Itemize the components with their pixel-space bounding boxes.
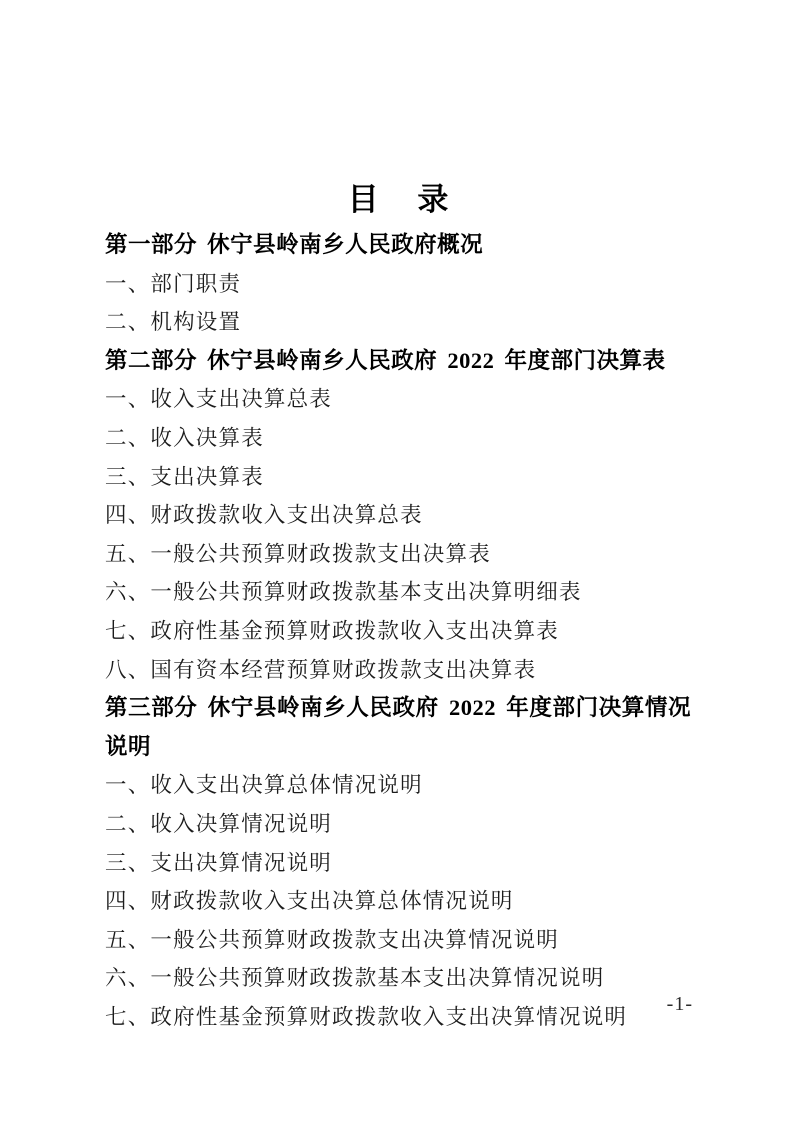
toc-entry: 四、财政拨款收入支出决算总体情况说明 <box>105 882 691 921</box>
toc-entry: 三、支出决算情况说明 <box>105 844 691 883</box>
page-number: -1- <box>667 992 693 1016</box>
toc-entry: 一、收入支出决算总体情况说明 <box>105 766 691 805</box>
section-heading-part1: 第一部分 休宁县岭南乡人民政府概况 <box>105 226 691 265</box>
page-title: 目 录 <box>105 178 691 222</box>
toc-entry: 六、一般公共预算财政拨款基本支出决算明细表 <box>105 573 691 612</box>
toc-entry: 一、部门职责 <box>105 265 691 304</box>
document-page: 目 录 第一部分 休宁县岭南乡人民政府概况 一、部门职责 二、机构设置 第二部分… <box>0 0 793 1122</box>
toc-entry: 七、政府性基金预算财政拨款收入支出决算表 <box>105 612 691 651</box>
section-heading-part3: 第三部分 休宁县岭南乡人民政府 2022 年度部门决算情况说明 <box>105 689 691 766</box>
toc-content: 目 录 第一部分 休宁县岭南乡人民政府概况 一、部门职责 二、机构设置 第二部分… <box>105 178 691 1036</box>
toc-entry: 四、财政拨款收入支出决算总表 <box>105 496 691 535</box>
toc-entry: 五、一般公共预算财政拨款支出决算表 <box>105 535 691 574</box>
toc-entry: 二、机构设置 <box>105 303 691 342</box>
toc-entry: 六、一般公共预算财政拨款基本支出决算情况说明 <box>105 959 691 998</box>
toc-entry: 二、收入决算表 <box>105 419 691 458</box>
toc-entry: 一、收入支出决算总表 <box>105 380 691 419</box>
toc-entry: 八、国有资本经营预算财政拨款支出决算表 <box>105 651 691 690</box>
toc-entry: 七、政府性基金预算财政拨款收入支出决算情况说明 <box>105 998 691 1037</box>
section-heading-part2: 第二部分 休宁县岭南乡人民政府 2022 年度部门决算表 <box>105 342 691 381</box>
toc-entry: 五、一般公共预算财政拨款支出决算情况说明 <box>105 921 691 960</box>
toc-entry: 三、支出决算表 <box>105 458 691 497</box>
toc-entry: 二、收入决算情况说明 <box>105 805 691 844</box>
